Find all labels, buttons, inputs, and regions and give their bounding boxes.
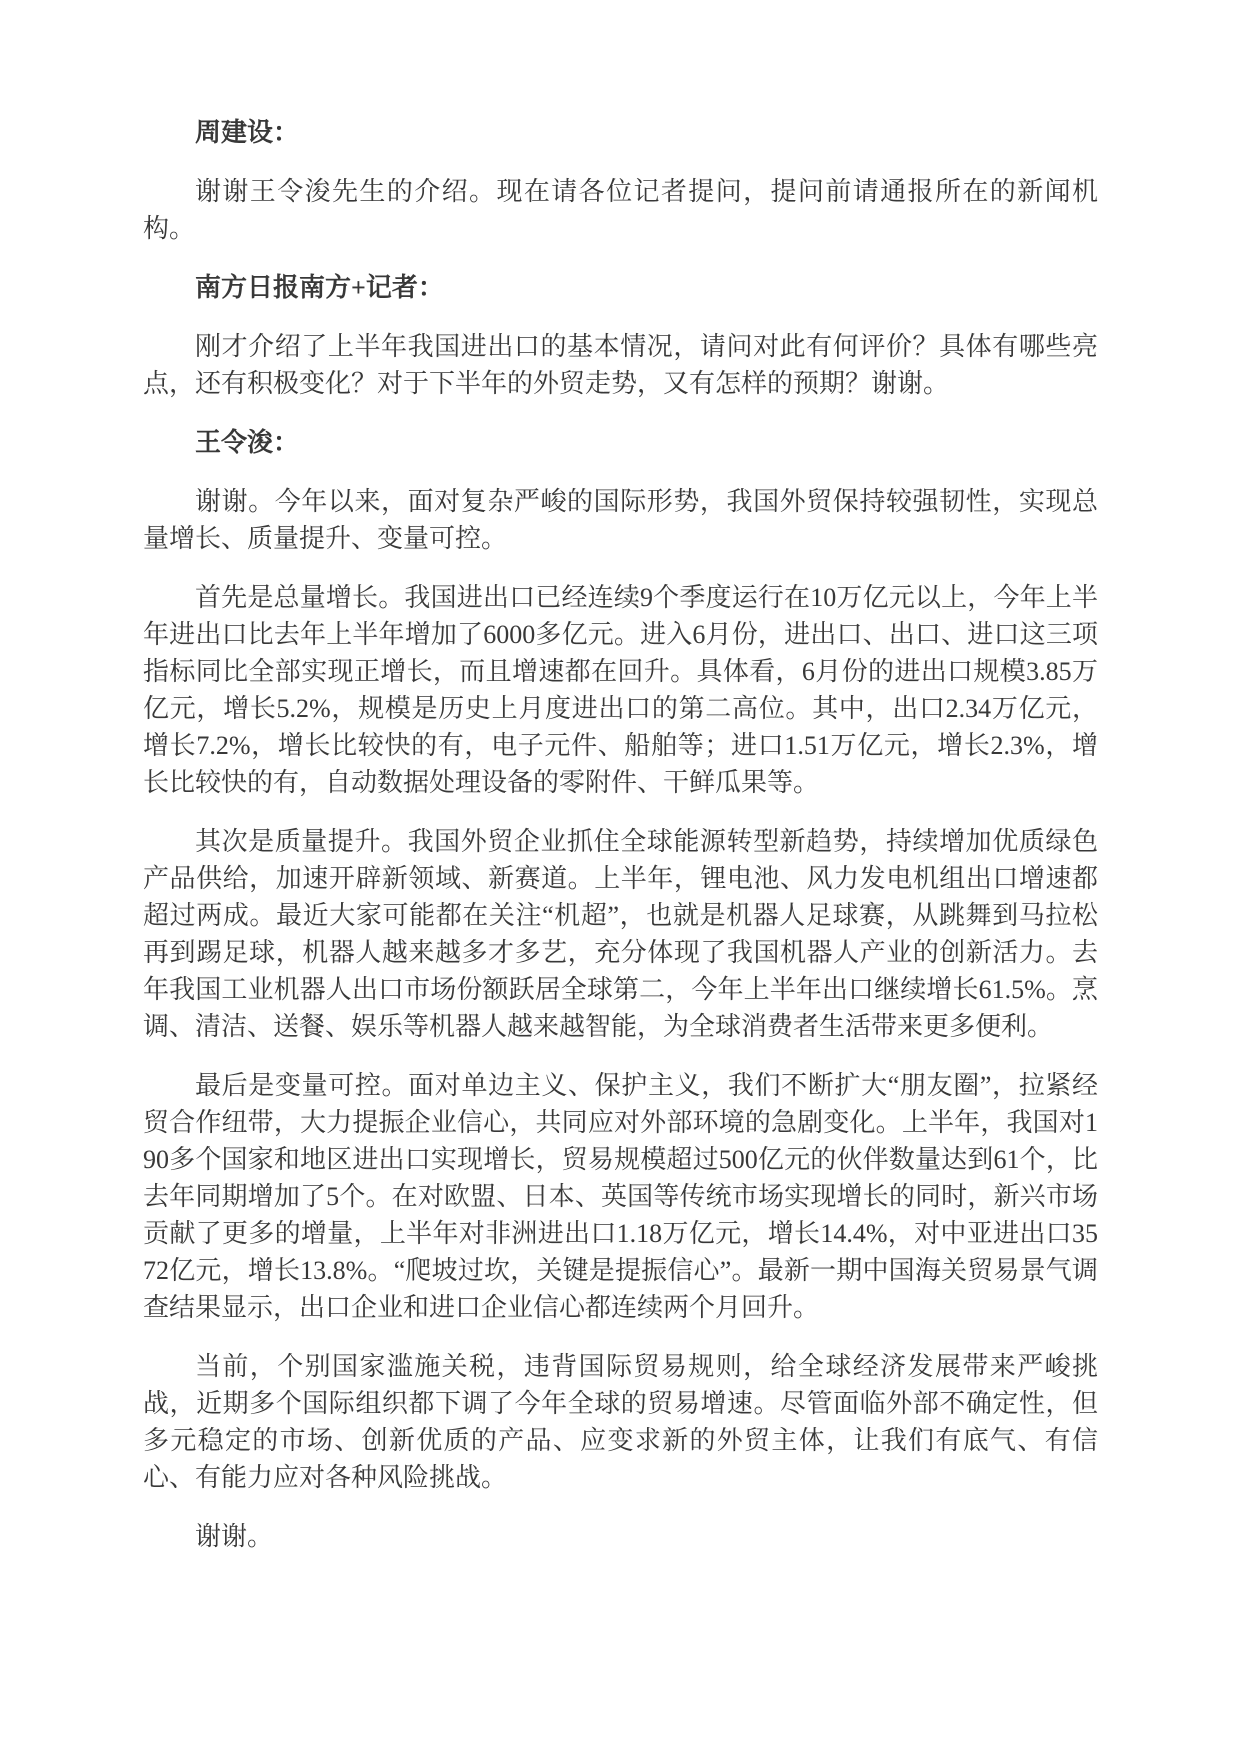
speaker-heading: 王令浚： bbox=[143, 424, 1098, 461]
paragraph: 刚才介绍了上半年我国进出口的基本情况，请问对此有何评价？具体有哪些亮点，还有积极… bbox=[143, 328, 1098, 402]
paragraph: 其次是质量提升。我国外贸企业抓住全球能源转型新趋势，持续增加优质绿色产品供给，加… bbox=[143, 823, 1098, 1045]
paragraph: 当前，个别国家滥施关税，违背国际贸易规则，给全球经济发展带来严峻挑战，近期多个国… bbox=[143, 1348, 1098, 1496]
speaker-heading: 南方日报南方+记者： bbox=[143, 269, 1098, 306]
paragraph: 谢谢王令浚先生的介绍。现在请各位记者提问，提问前请通报所在的新闻机构。 bbox=[143, 173, 1098, 247]
document-page: 周建设： 谢谢王令浚先生的介绍。现在请各位记者提问，提问前请通报所在的新闻机构。… bbox=[0, 0, 1240, 1754]
paragraph: 谢谢。 bbox=[143, 1518, 1098, 1555]
paragraph: 谢谢。今年以来，面对复杂严峻的国际形势，我国外贸保持较强韧性，实现总量增长、质量… bbox=[143, 483, 1098, 557]
paragraph: 首先是总量增长。我国进出口已经连续9个季度运行在10万亿元以上，今年上半年进出口… bbox=[143, 579, 1098, 801]
speaker-heading: 周建设： bbox=[143, 114, 1098, 151]
paragraph: 最后是变量可控。面对单边主义、保护主义，我们不断扩大“朋友圈”，拉紧经贸合作纽带… bbox=[143, 1067, 1098, 1326]
